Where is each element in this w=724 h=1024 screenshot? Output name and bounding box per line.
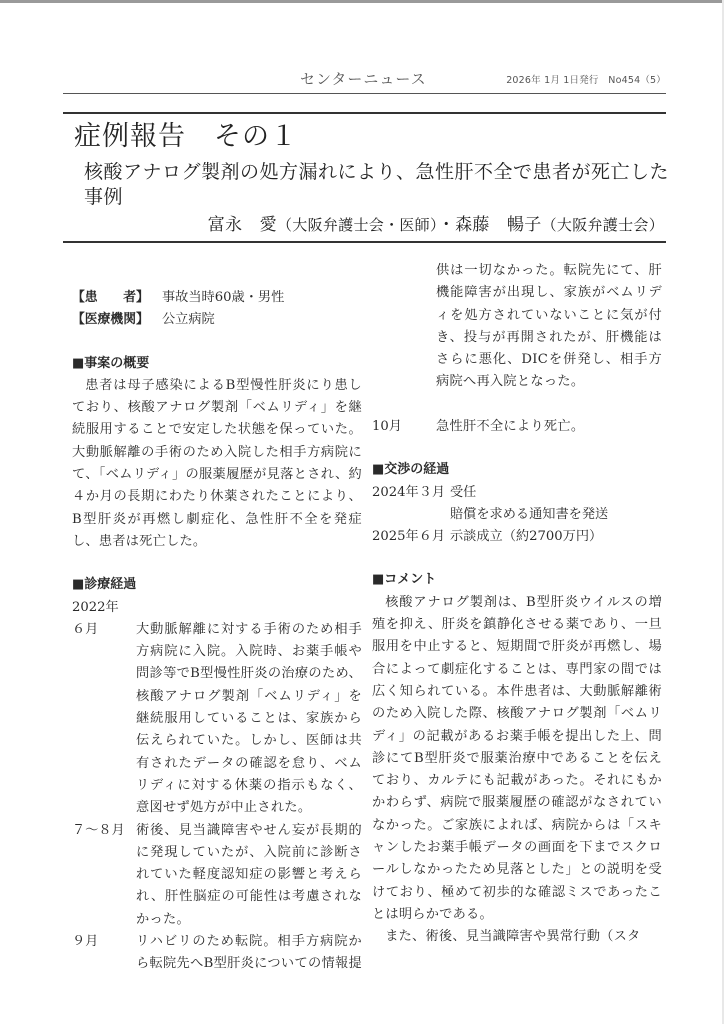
timeline-date: ６月	[72, 619, 136, 820]
timeline-entry-continued: リハビリのため転院。相手方病院から転院先へB型肝炎についての情報提供は一切なかっ…	[372, 260, 662, 416]
info-key: 【患 者】	[72, 287, 162, 309]
comment-paragraph: また、術後、見当識障害や異常行動（スタ	[372, 926, 662, 948]
section-heading-negotiation: ■交渉の経過	[372, 459, 662, 481]
timeline-date: ９月	[72, 931, 136, 976]
author-affiliation: （大阪弁護士会）	[542, 216, 664, 234]
timeline-entry: ９月 リハビリのため転院。相手方病院から転院先へB型肝炎についての情報提供は一切…	[72, 931, 362, 976]
timeline-entry: ７～８月 術後、見当識障害やせん妄が長期的に発現していたが、入院前に診断されてい…	[72, 820, 362, 931]
newsletter-title: センターニュース	[300, 68, 427, 89]
patient-row: 【患 者】 事故当時60歳・男性	[72, 287, 362, 309]
section-heading-clinical-course: ■診療経過	[72, 574, 362, 596]
timeline-text: 大動脈解離に対する手術のため相手方病院に入院。入院時、お薬手帳や問診等でB型慢性…	[136, 619, 362, 820]
author-name: 富永 愛	[208, 215, 277, 235]
scan-edge	[0, 0, 724, 3]
spacer	[372, 548, 662, 569]
header-rule	[63, 93, 666, 94]
info-value: 公立病院	[162, 309, 215, 331]
course-year: 2022年	[72, 597, 362, 619]
spacer	[72, 553, 362, 574]
article-heading: 症例報告 その１	[74, 114, 298, 153]
left-column: 【患 者】 事故当時60歳・男性 【医療機関】 公立病院 ■事案の概要 患者は母…	[72, 287, 362, 976]
spacer	[72, 332, 362, 353]
negotiation-entry: 賠償を求める通知書を発送	[372, 504, 662, 526]
negotiation-text: 示談成立（約2700万円）	[450, 526, 662, 548]
info-key: 【医療機関】	[72, 309, 162, 331]
title-rule-bottom	[63, 241, 666, 243]
timeline-text: 急性肝不全により死亡。	[436, 416, 662, 438]
negotiation-entry: 2024年３月 受任	[372, 482, 662, 504]
timeline-entry: ６月 大動脈解離に対する手術のため相手方病院に入院。入院時、お薬手帳や問診等でB…	[72, 619, 362, 820]
info-value: 事故当時60歳・男性	[162, 287, 284, 309]
negotiation-text: 賠償を求める通知書を発送	[450, 504, 662, 526]
section-heading-comment: ■コメント	[372, 569, 662, 591]
timeline-entry: 10月 急性肝不全により死亡。	[372, 416, 662, 438]
author-affiliation: （大阪弁護士会・医師）	[277, 216, 438, 234]
negotiation-date	[372, 504, 450, 526]
author-separator: ・	[438, 215, 455, 235]
author-name: 森藤 暢子	[455, 215, 542, 235]
spacer	[372, 438, 662, 459]
negotiation-date: 2025年６月	[372, 526, 450, 548]
comment-paragraph: 核酸アナログ製剤は、B型肝炎ウイルスの増殖を抑え、肝炎を鎮静化させる薬であり、一…	[372, 592, 662, 926]
negotiation-text: 受任	[450, 482, 662, 504]
negotiation-date: 2024年３月	[372, 482, 450, 504]
section-heading-summary: ■事案の概要	[72, 353, 362, 375]
timeline-date	[372, 260, 436, 416]
summary-text: 患者は母子感染によるB型慢性肝炎にり患しており、核酸アナログ製剤「ベムリディ」を…	[72, 375, 362, 553]
timeline-text: 術後、見当識障害やせん妄が長期的に発現していたが、入院前に診断されていた軽度認知…	[136, 820, 362, 931]
running-head: センターニュース 2026年 1月 1日発行 No454（5）	[62, 68, 666, 90]
authors: 富永 愛（大阪弁護士会・医師）・森藤 暢子（大阪弁護士会）	[208, 210, 664, 235]
timeline-date: ７～８月	[72, 820, 136, 931]
issue-meta: 2026年 1月 1日発行 No454（5）	[506, 72, 666, 86]
timeline-text-continued: リハビリのため転院。相手方病院から転院先へB型肝炎についての情報提供は一切なかっ…	[436, 260, 662, 416]
negotiation-entry: 2025年６月 示談成立（約2700万円）	[372, 526, 662, 548]
right-column: リハビリのため転院。相手方病院から転院先へB型肝炎についての情報提供は一切なかっ…	[372, 260, 662, 949]
article-subtitle: 核酸アナログ製剤の処方漏れにより、急性肝不全で患者が死亡した事例	[84, 160, 674, 210]
institution-row: 【医療機関】 公立病院	[72, 309, 362, 331]
timeline-date: 10月	[372, 416, 436, 438]
timeline-text: リハビリのため転院。相手方病院から転院先へB型肝炎についての情報提供は一切なかっ…	[136, 931, 362, 976]
